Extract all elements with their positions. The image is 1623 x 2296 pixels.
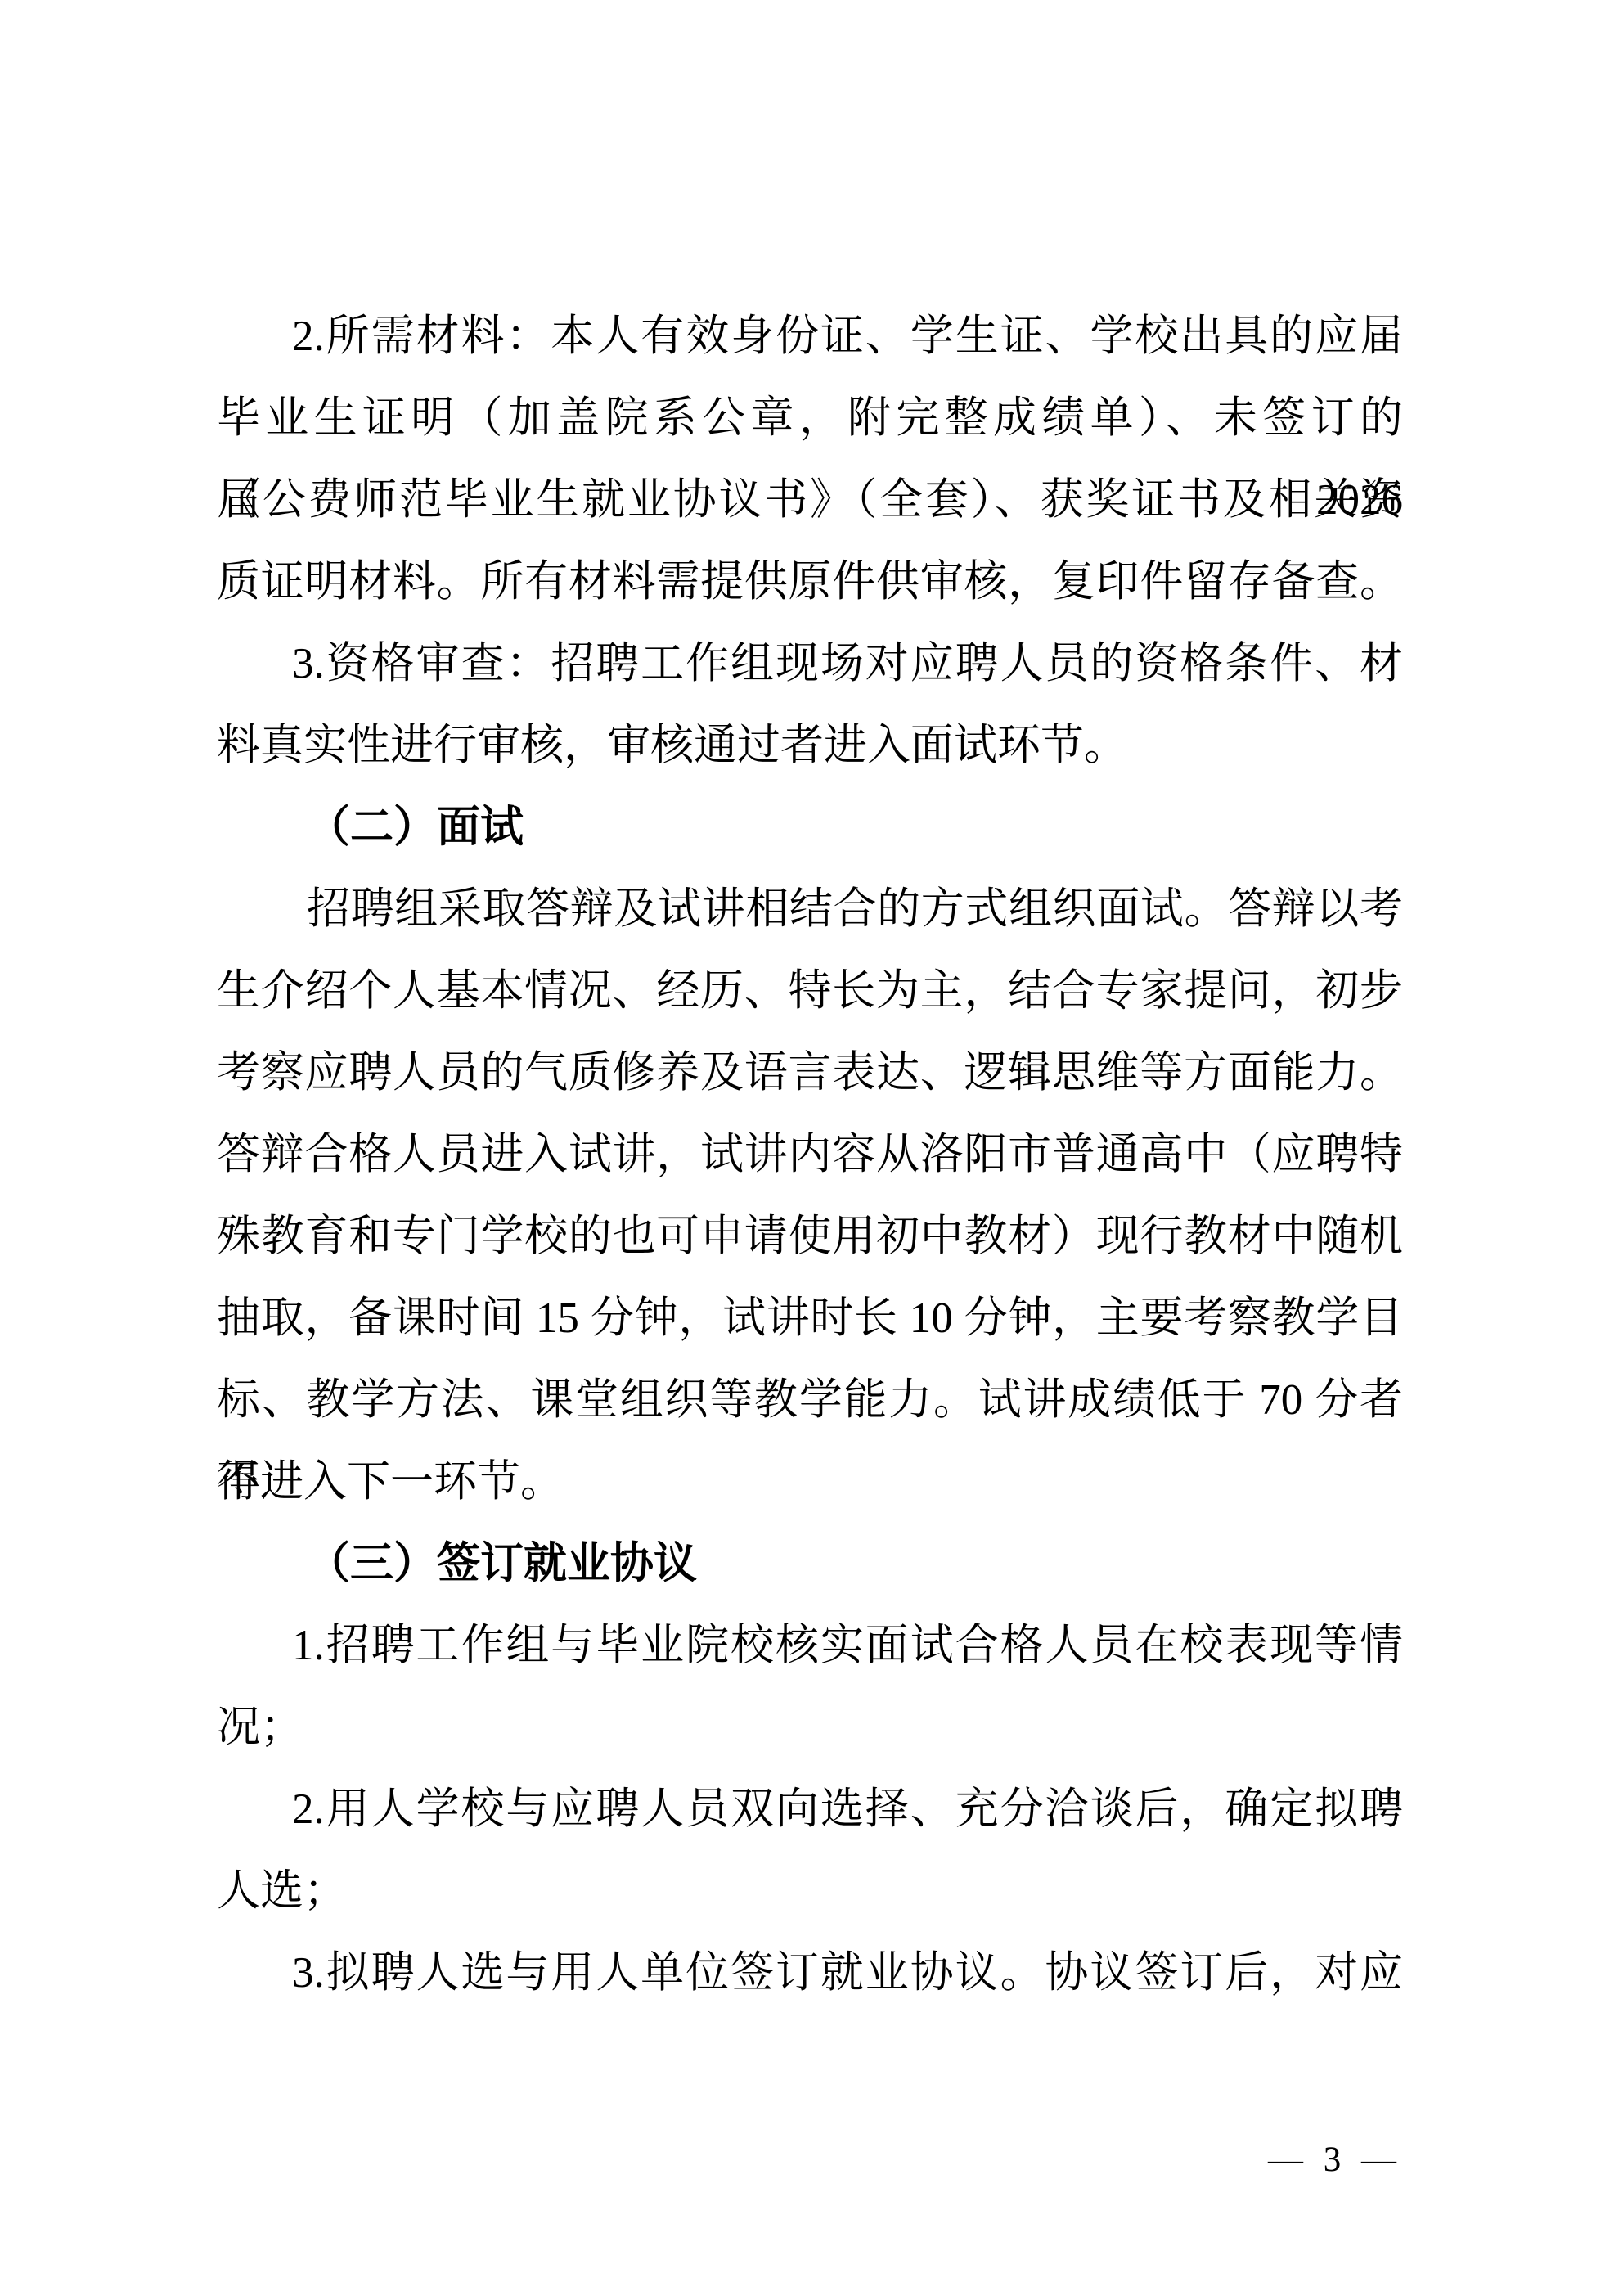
text-line: 2.所需材料：本人有效身份证、学生证、学校出具的应届 xyxy=(217,295,1403,377)
text-line: 3.资格审查：招聘工作组现场对应聘人员的资格条件、材 xyxy=(217,623,1403,705)
text-line: 人选； xyxy=(217,1850,1403,1932)
text-line: 3.拟聘人选与用人单位签订就业协议。协议签订后，对应 xyxy=(217,1932,1403,2014)
document-page: 2.所需材料：本人有效身份证、学生证、学校出具的应届 毕业生证明（加盖院系公章，… xyxy=(0,0,1623,2296)
text-line: 得进入下一环节。 xyxy=(217,1441,1403,1523)
section-heading: （二）面试 xyxy=(217,786,1403,868)
text-line: 殊教育和专门学校的也可申请使用初中教材）现行教材中随机 xyxy=(217,1195,1403,1277)
section-heading: （三）签订就业协议 xyxy=(217,1523,1403,1605)
text-line: 生介绍个人基本情况、经历、特长为主，结合专家提问，初步 xyxy=(217,950,1403,1032)
document-body: 2.所需材料：本人有效身份证、学生证、学校出具的应届 毕业生证明（加盖院系公章，… xyxy=(217,295,1403,2014)
text-line: 质证明材料。所有材料需提供原件供审核，复印件留存备查。 xyxy=(217,541,1403,623)
text-line: 抽取，备课时间 15 分钟，试讲时长 10 分钟，主要考察教学目 xyxy=(217,1277,1403,1359)
text-line: 标、教学方法、课堂组织等教学能力。试讲成绩低于 70 分者不 xyxy=(217,1359,1403,1441)
text-line: 况； xyxy=(217,1686,1403,1768)
text-line: 毕业生证明（加盖院系公章，附完整成绩单）、未签订的《2026 xyxy=(217,377,1403,459)
text-line: 答辩合格人员进入试讲，试讲内容从洛阳市普通高中（应聘特 xyxy=(217,1114,1403,1195)
page-number: — 3 — xyxy=(1268,2119,1402,2201)
text-line: 料真实性进行审核，审核通过者进入面试环节。 xyxy=(217,705,1403,786)
text-line: 2.用人学校与应聘人员双向选择、充分洽谈后，确定拟聘 xyxy=(217,1768,1403,1850)
text-line: 招聘组采取答辩及试讲相结合的方式组织面试。答辩以考 xyxy=(217,868,1403,950)
text-line: 届公费师范毕业生就业协议书》（全套）、获奖证书及相关资 xyxy=(217,459,1403,541)
text-line: 考察应聘人员的气质修养及语言表达、逻辑思维等方面能力。 xyxy=(217,1032,1403,1114)
text-line: 1.招聘工作组与毕业院校核实面试合格人员在校表现等情 xyxy=(217,1605,1403,1686)
